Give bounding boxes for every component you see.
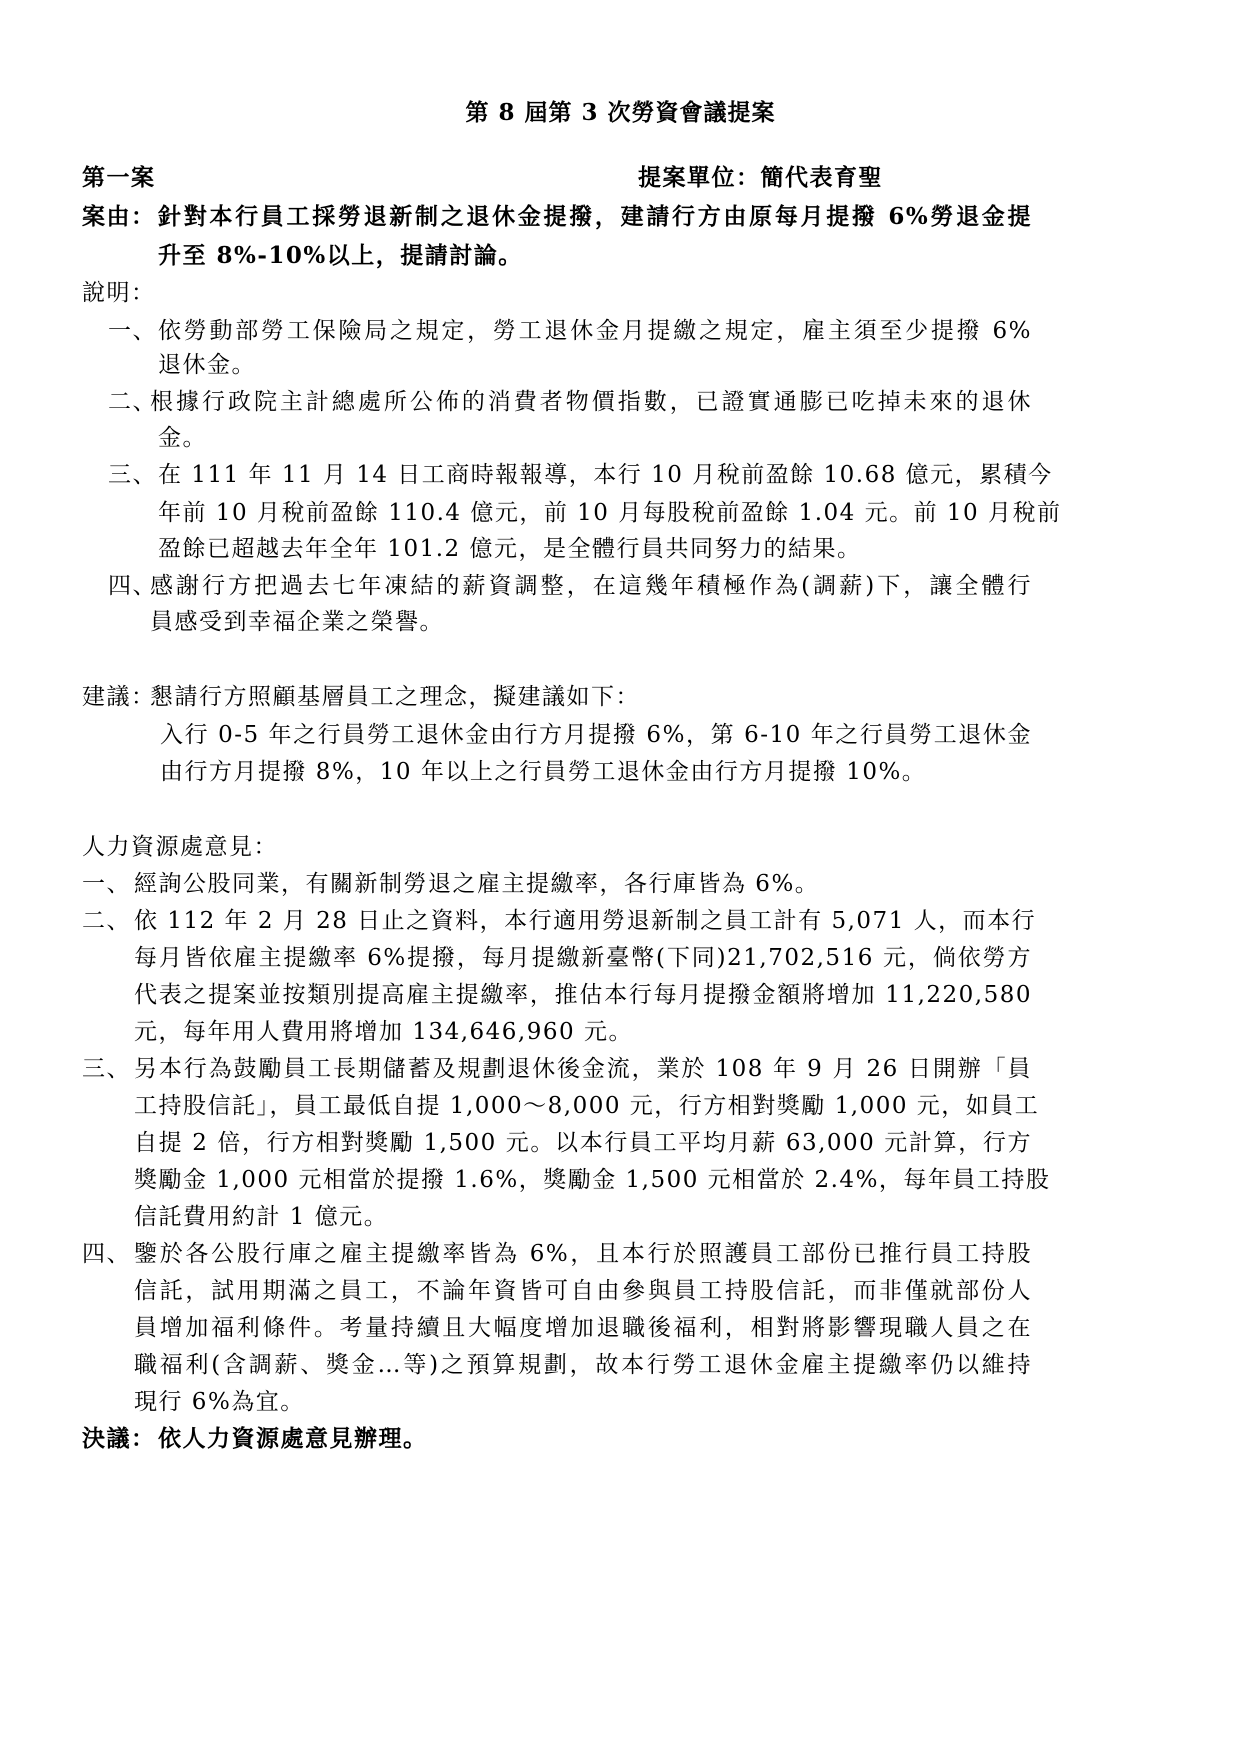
- suggestion-label: 建議：: [82, 682, 156, 712]
- case-number: 第一案: [82, 163, 156, 193]
- explanation-item-line: 年前 10 月稅前盈餘 110.4 億元，前 10 月每股稅前盈餘 1.04 元…: [158, 498, 1032, 528]
- hr-opinion-item-line: 鑒於各公股行庫之雇主提繳率皆為 6%，且本行於照護員工部份已推行員工持股: [134, 1239, 1032, 1269]
- document-title: 第 8 屆第 3 次勞資會議提案: [0, 98, 1241, 128]
- suggestion-intro: 懇請行方照顧基層員工之理念，擬建議如下：: [150, 682, 640, 712]
- hr-opinion-item-line: 自提 2 倍，行方相對獎勵 1,500 元。以本行員工平均月薪 63,000 元…: [134, 1128, 1032, 1158]
- document-page: 第 8 屆第 3 次勞資會議提案 第一案 提案單位：簡代表育聖 案由： 針對本行…: [0, 0, 1241, 1755]
- explanation-item-marker: 三、: [108, 460, 157, 490]
- explanation-item-line: 依勞動部勞工保險局之規定，勞工退休金月提繳之規定，雇主須至少提撥 6%: [158, 316, 1032, 346]
- hr-opinion-item-marker: 二、: [82, 906, 131, 936]
- hr-opinion-item-marker: 一、: [82, 869, 131, 899]
- hr-opinion-item-line: 員增加福利條件。考量持續且大幅度增加退職後福利，相對將影響現職人員之在: [134, 1313, 1032, 1343]
- explanation-item-line: 在 111 年 11 月 14 日工商時報報導，本行 10 月稅前盈餘 10.6…: [158, 460, 1032, 490]
- hr-opinion-item-line: 獎勵金 1,000 元相當於提撥 1.6%，獎勵金 1,500 元相當於 2.4…: [134, 1165, 1032, 1195]
- hr-opinion-item-line: 信託，試用期滿之員工，不論年資皆可自由參與員工持股信託，而非僅就部份人: [134, 1276, 1032, 1306]
- explanation-item-line: 金。: [158, 423, 207, 453]
- suggestion-line: 入行 0-5 年之行員勞工退休金由行方月提撥 6%，第 6-10 年之行員勞工退…: [160, 720, 1032, 750]
- explanation-item-marker: 一、: [108, 316, 157, 346]
- hr-opinion-item-line: 代表之提案並按類別提高雇主提繳率，推估本行每月提撥金額將增加 11,220,58…: [134, 980, 1032, 1010]
- explanation-item-line: 根據行政院主計總處所公佈的消費者物價指數，已證實通膨已吃掉未來的退休: [150, 387, 1032, 417]
- proposer: 提案單位：簡代表育聖: [638, 163, 883, 193]
- subject-line: 升至 8%-10%以上，提請討論。: [158, 241, 523, 271]
- hr-opinion-item-marker: 四、: [82, 1239, 131, 1269]
- explanation-item-line: 盈餘已超越去年全年 101.2 億元，是全體行員共同努力的結果。: [158, 534, 861, 564]
- hr-opinion-item-line: 職福利(含調薪、獎金…等)之預算規劃，故本行勞工退休金雇主提繳率仍以維持: [134, 1350, 1032, 1380]
- explanation-item-line: 員感受到幸福企業之榮譽。: [150, 607, 444, 637]
- hr-opinion-item-line: 工持股信託」，員工最低自提 1,000～8,000 元，行方相對獎勵 1,000…: [134, 1091, 1032, 1121]
- hr-opinion-item-line: 依 112 年 2 月 28 日止之資料，本行適用勞退新制之員工計有 5,071…: [134, 906, 1032, 936]
- explanation-item-line: 感謝行方把過去七年凍結的薪資調整，在這幾年積極作為(調薪)下，讓全體行: [150, 571, 1032, 601]
- hr-opinion-label: 人力資源處意見：: [82, 832, 278, 862]
- hr-opinion-item-line: 現行 6%為宜。: [134, 1387, 305, 1417]
- hr-opinion-item-line: 經詢公股同業，有關新制勞退之雇主提繳率，各行庫皆為 6%。: [134, 869, 819, 899]
- explanation-label: 說明：: [82, 278, 156, 308]
- suggestion-line: 由行方月提撥 8%，10 年以上之行員勞工退休金由行方月提撥 10%。: [160, 757, 926, 787]
- hr-opinion-item-marker: 三、: [82, 1054, 131, 1084]
- resolution-text: 依人力資源處意見辦理。: [158, 1424, 428, 1454]
- hr-opinion-item-line: 信託費用約計 1 億元。: [134, 1202, 388, 1232]
- hr-opinion-item-line: 元，每年用人費用將增加 134,646,960 元。: [134, 1017, 633, 1047]
- subject-label: 案由：: [82, 202, 156, 232]
- hr-opinion-item-line: 另本行為鼓勵員工長期儲蓄及規劃退休後金流，業於 108 年 9 月 26 日開辦…: [134, 1054, 1032, 1084]
- subject-line: 針對本行員工採勞退新制之退休金提撥，建請行方由原每月提撥 6%勞退金提: [158, 202, 1032, 232]
- hr-opinion-item-line: 每月皆依雇主提繳率 6%提撥，每月提繳新臺幣(下同)21,702,516 元，倘…: [134, 943, 1032, 973]
- resolution-label: 決議：: [82, 1424, 156, 1454]
- explanation-item-line: 退休金。: [158, 350, 256, 380]
